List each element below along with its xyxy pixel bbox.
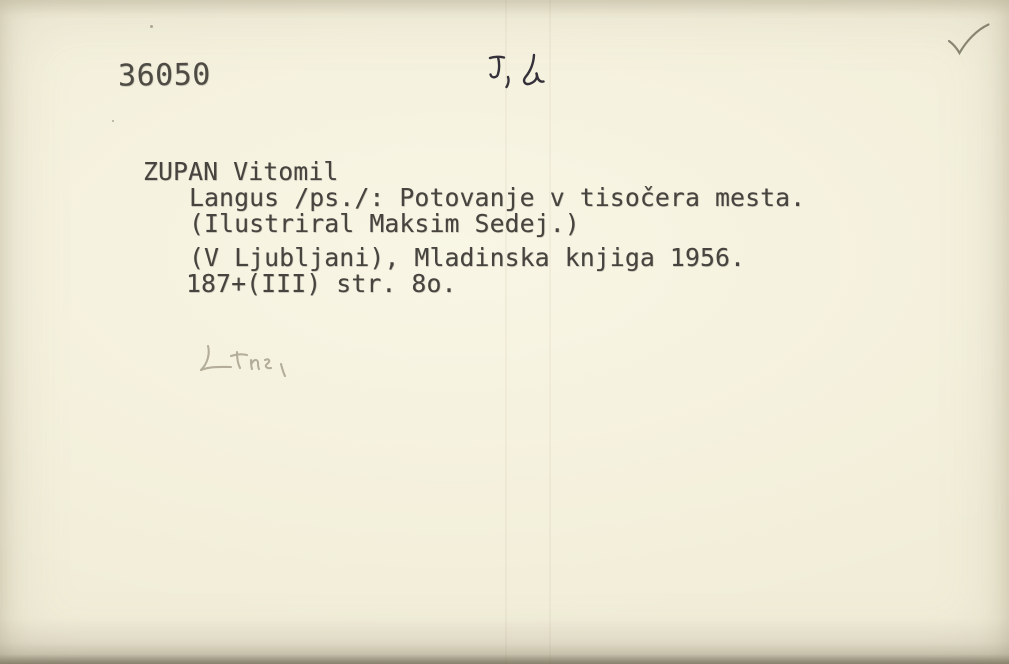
entry-collation: 187+(III) str. 8o.	[186, 272, 457, 297]
pencil-shelf-note	[193, 337, 305, 393]
paper-speck	[112, 120, 114, 122]
paper-speck	[150, 25, 153, 28]
entry-author: ZUPAN Vitomil	[143, 160, 338, 185]
catalog-number: 36050	[118, 57, 211, 93]
entry-imprint: (V Ljubljani), Mladinska knjiga 1956.	[189, 246, 745, 271]
paper-crease	[549, 0, 551, 664]
handwritten-heading-mark	[481, 50, 553, 98]
entry-title: Langus /ps./: Potovanje v tisočera mesta…	[189, 186, 805, 211]
pencil-checkmark-icon	[944, 22, 994, 64]
paper-crease	[505, 0, 507, 664]
catalog-card: 36050 ZUPAN Vitomil Langus /ps./: Potova…	[0, 0, 1009, 664]
entry-illustrator: (Ilustriral Maksim Sedej.)	[189, 212, 580, 237]
